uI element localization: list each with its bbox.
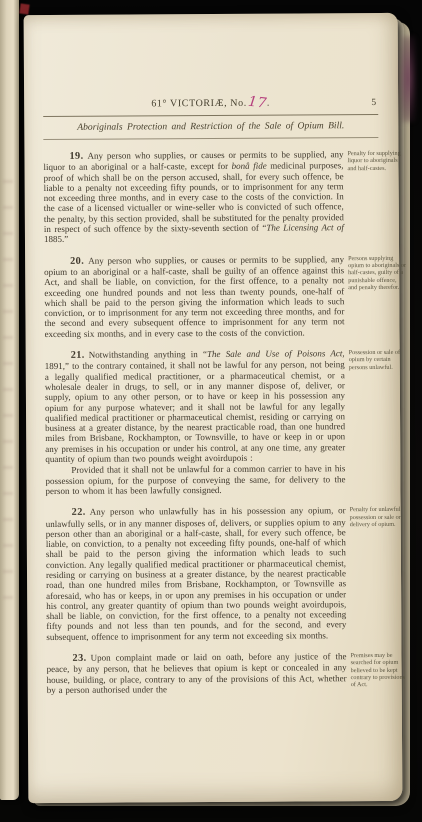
act-section: Persons supplying opium to aboriginals o… [44, 254, 405, 340]
act-section: Penalty for unlawful possession or sale … [46, 505, 407, 642]
section-paragraphs: 22.Any person who unlawfully has in his … [46, 505, 347, 642]
sections: Penalty for supplying liquor to aborigin… [43, 149, 406, 695]
section-text: 23.Upon complaint made or laid on oath, … [46, 651, 346, 695]
section-number: 19. [69, 151, 87, 162]
act-section: Possession or sale of opium by certain p… [45, 348, 406, 496]
section-paragraphs: 19.Any person who supplies, or causes or… [43, 149, 344, 245]
page-number: 5 [371, 98, 376, 108]
regnal-year-heading: 61° VICTORIÆ, No. [151, 98, 247, 110]
body-segment: Notwithstanding anything in “ [89, 349, 207, 360]
body-segment: Upon complaint made or laid on oath, bef… [47, 651, 347, 695]
section-text: 19.Any person who supplies, or causes or… [43, 149, 344, 245]
title-rule [43, 137, 378, 140]
section-text: 21.Notwithstanding anything in “The Sale… [45, 348, 346, 464]
cited-act-title: The Licensing Act of [266, 222, 344, 232]
body-segment: 1885.” [44, 234, 68, 244]
section-paragraphs: 20.Any person who supplies, or causes or… [44, 254, 345, 339]
margin-note: Premises may be searched for opium belie… [350, 652, 408, 689]
body-segment: Any person who unlawfully has in his pos… [46, 505, 347, 641]
section-text: 20.Any person who supplies, or causes or… [44, 254, 345, 339]
section-number: 23. [72, 653, 90, 664]
act-section: Penalty for supplying liquor to aborigin… [43, 149, 404, 245]
margin-note: Possession or sale of opium by certain p… [349, 349, 407, 371]
section-paragraphs: 21.Notwithstanding anything in “The Sale… [45, 348, 346, 496]
body-segment: Provided that it shall not be unlawful f… [45, 464, 345, 496]
act-section: Premises may be searched for opium belie… [46, 651, 406, 695]
section-paragraphs: 23.Upon complaint made or laid on oath, … [46, 651, 346, 695]
header-rule [43, 114, 378, 117]
handwritten-act-number: 17 [248, 102, 267, 104]
red-corner-mark [19, 3, 29, 14]
margin-note: Persons supplying opium to aboriginals o… [348, 254, 406, 291]
body-segment: Any person who supplies, or causes or pe… [44, 254, 344, 339]
cited-act-title: The Sale and Use of Poisons Act, [207, 348, 345, 359]
document-page: 61° VICTORIÆ, No.17. 5 Aboriginals Prote… [24, 13, 403, 803]
scan-background: 61° VICTORIÆ, No.17. 5 Aboriginals Prote… [0, 0, 422, 822]
ink-bleedthrough [3, 180, 13, 600]
section-number: 20. [70, 255, 88, 266]
proviso-text: Provided that it shall not be unlawful f… [45, 464, 345, 497]
margin-note: Penalty for supplying liquor to aborigin… [347, 150, 405, 172]
body-segment: 1891,” to the contrary contained, it sha… [45, 360, 346, 465]
facing-page-edge [0, 0, 19, 800]
cited-act-title: bonâ fide [232, 161, 267, 171]
section-number: 21. [71, 350, 89, 361]
section-number: 22. [72, 507, 90, 518]
page-content: 61° VICTORIÆ, No.17. 5 Aboriginals Prote… [43, 97, 407, 695]
margin-note: Penalty for unlawful possession or sale … [350, 506, 408, 528]
section-text: 22.Any person who unlawfully has in his … [46, 505, 347, 642]
scan-color-smudge [400, 36, 416, 122]
running-header: 61° VICTORIÆ, No.17. 5 [43, 97, 378, 110]
bill-title: Aboriginals Protection and Restriction o… [43, 120, 378, 133]
